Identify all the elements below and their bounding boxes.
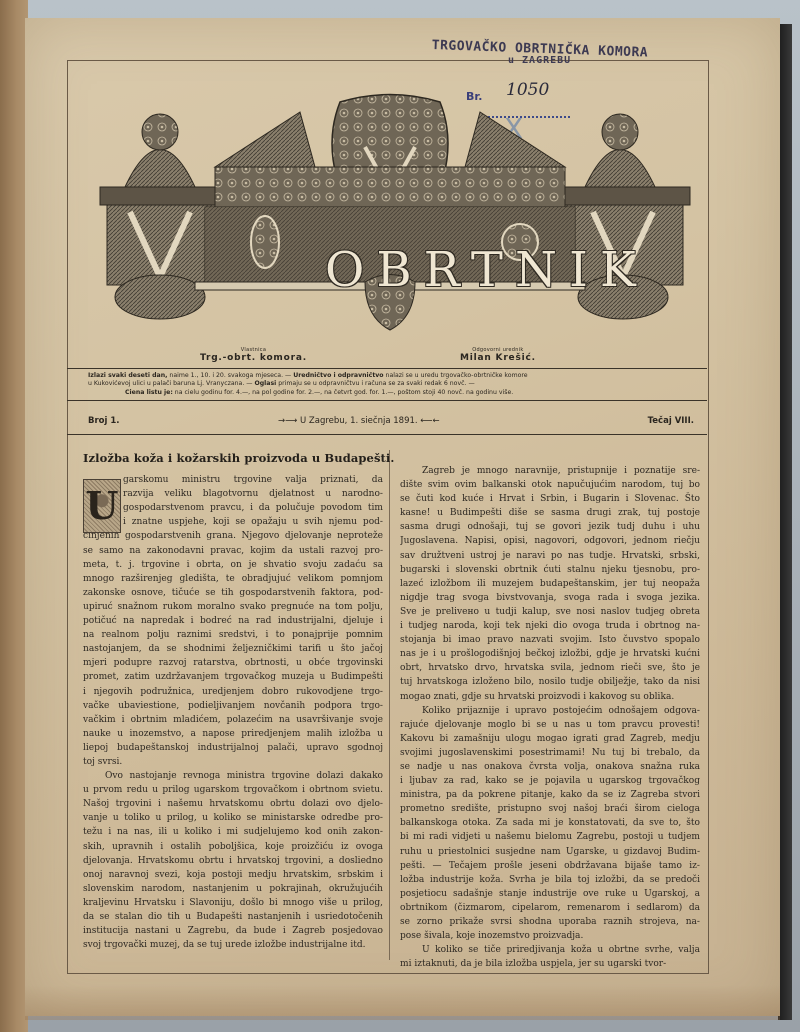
text-line: ministra, pa da pokrene pitanje, kako da… — [400, 788, 700, 802]
owner-credit: Vlastnica Trg.-obrt. komora. — [200, 347, 307, 363]
text-line: sav družtveni ustroj je naravi po nas tu… — [400, 549, 700, 563]
text-line: i tudjeg naroda, koji tek njeki dio ovog… — [400, 619, 700, 633]
text-line: Jugoslavena. Napisi, opisi, nagovori, od… — [400, 534, 700, 548]
newspaper-title: OBRTNIK — [325, 242, 648, 298]
issue-place-date: →⟶ U Zagrebu, 1. siečnja 1891. ⟵← — [278, 416, 440, 426]
text-line: institucija nastani u Zagrebu, da bude i… — [83, 924, 383, 938]
publication-info: Izlazi svaki deseti dan, naime 1., 10. i… — [88, 372, 693, 397]
text-line: toj svrsi. — [83, 755, 383, 769]
text-line: pešti. — Tečajem prošle jeseni obdržavan… — [400, 859, 700, 873]
info-schedule: naime 1., 10. i 20. svakoga mjeseca. — — [167, 372, 293, 379]
text-line: vačke ubaviestione, podieljivanjem novča… — [83, 699, 383, 713]
text-line: u prvom redu u prilog ugarskom trgovačko… — [83, 783, 383, 797]
text-line: kasne! u Budimpešti diše se sasma drugi … — [400, 506, 700, 520]
rule-below-info — [67, 400, 707, 401]
info-price: na cielu godinu for. 4.—, na pol godine … — [173, 389, 513, 396]
text-line: mnogo razširenjeg gledišta, te obradjuju… — [83, 572, 383, 586]
text-line: liepoj budapeštanskoj industrijalnoj pal… — [83, 741, 383, 755]
text-line: stojanja bi imao pravo nazvati svojim. I… — [400, 633, 700, 647]
text-line: gospodarstvenom pravcu, i da polučuje po… — [83, 501, 383, 515]
text-line: vanje u toliko u prilog, u koliko se min… — [83, 811, 383, 825]
text-line: vačkim i obrtnim mladićem, polazećim na … — [83, 713, 383, 727]
book-cover-edge — [778, 24, 792, 1020]
text-line: djelovanja. Hrvatskomu obrtu i hrvatskoj… — [83, 854, 383, 868]
text-line: kraljevinu Hrvatsku i Slavoniju, došlo b… — [83, 896, 383, 910]
text-line: potičuć na napredak i bodreć na rad indu… — [83, 614, 383, 628]
info-office: nalazi se u uredu trgovačko-obrtničke ko… — [384, 372, 528, 379]
text-line: balkanskoga otoka. Za sada mi je konstat… — [400, 816, 700, 830]
text-line: promet, zatim uzdržavanjem trgovačkog mu… — [83, 670, 383, 684]
info-ads: primaju se u odpravničtvu i računa se za… — [276, 380, 474, 387]
text-line: meta, t. j. trgovine i obrta, on je shva… — [83, 558, 383, 572]
text-line: težu i na nas, ili u koliko i mi sudjelu… — [83, 825, 383, 839]
text-line: činjenih gospodarstvenih grana. Njegovo … — [83, 529, 383, 543]
rule-above-info — [67, 368, 707, 369]
text-line: i ljubav za rad, kako se je pojavila u u… — [400, 774, 700, 788]
text-line: Ovo nastojanje revnoga ministra trgovine… — [83, 769, 383, 783]
issue-number: Broj 1. — [88, 416, 120, 426]
info-line-3: Ciena listu je: na cielu godinu for. 4.—… — [88, 389, 693, 397]
info-office-label: Uredničtvo i odpravničtvo — [293, 372, 383, 379]
text-line: nauke u inozemstvo, a napose priredjenje… — [83, 727, 383, 741]
text-line: mjeri podupre razvoj ratarstva, obrtnost… — [83, 656, 383, 670]
text-line: se zorno prikaže svrsi shodna uporaba ra… — [400, 915, 700, 929]
column-divider — [389, 450, 390, 960]
text-line: se nadje u nas onakova čvrsta volja, ona… — [400, 760, 700, 774]
text-line: prometno središte, pristupno svoj našoj … — [400, 802, 700, 816]
masthead-engraving: OBRTNIK — [85, 92, 695, 332]
text-line: na realnom polju raznimi sredstvi, i to … — [83, 628, 383, 642]
text-line: nastojanjem, da se shodnimi željezničkim… — [83, 642, 383, 656]
text-line: sasma drugi odnošaji, tuj se govori jezi… — [400, 520, 700, 534]
editor-credit: Odgovorni urednik Milan Krešić. — [460, 347, 536, 363]
text-line: se čuti kod kuće i Hrvat i Srbin, i Buga… — [400, 492, 700, 506]
issue-bar: Broj 1. →⟶ U Zagrebu, 1. siečnja 1891. ⟵… — [88, 416, 696, 430]
info-line-2: u Kukovićevoj ulici u palači baruna Lj. … — [88, 380, 693, 388]
text-line: Zagreb je mnogo naravnije, pristupnije i… — [400, 464, 700, 478]
text-line: obrtnikom (čizmarom, cipelarom, remenaro… — [400, 901, 700, 915]
text-line: mi iztaknuti, da je bila izložba uspjela… — [400, 957, 700, 971]
page-shadow — [25, 985, 780, 1020]
text-line: ložba industrije koža. Svrha je bila toj… — [400, 873, 700, 887]
book-spine-edge — [0, 0, 28, 1032]
text-line: ruhu u priestolnici susjedne nam Ugarske… — [400, 845, 700, 859]
text-line: slovenskim narodom, nastanjenim u pokraj… — [83, 882, 383, 896]
text-line: Sve je prelivено u tudji kalup, sve nosi… — [400, 605, 700, 619]
text-line: onoj naravnoj svezi, koja postoji medju … — [83, 868, 383, 882]
text-line: Našoj trgovini i našemu hrvatskomu obrtu… — [83, 797, 383, 811]
editor-name: Milan Krešić. — [460, 353, 536, 363]
text-line: nas je i u prošlogodišnjoj bečkoj izložb… — [400, 647, 700, 661]
text-line: bugarski i slovenski obrtnik ćuti stalnu… — [400, 563, 700, 577]
info-ads-label: Oglasi — [254, 380, 276, 387]
info-price-label: Ciena listu je: — [125, 389, 173, 396]
dropcap-initial: U — [83, 479, 121, 533]
text-line: nigdje trag svoga bivstvovanja, svoga ra… — [400, 591, 700, 605]
text-line: Kakovu bi zamašniju ulogu mogao igrati g… — [400, 732, 700, 746]
text-line: lazeć izložbom ili muzejem budapeštanski… — [400, 577, 700, 591]
text-line: rajuće djelovanje moglo bi se u nas u to… — [400, 718, 700, 732]
text-line: i njegovih podružnica, uredjenjem dobro … — [83, 685, 383, 699]
article-right-column: Zagreb je mnogo naravnije, pristupnije i… — [400, 464, 700, 971]
owner-name: Trg.-obrt. komora. — [200, 353, 307, 363]
text-line: zakonske osnove, tičuće se tih gospodars… — [83, 586, 383, 600]
text-line: bi mi radi vidjeti u našemu bielomu Zagr… — [400, 830, 700, 844]
text-line: U koliko se tiče priredjivanja koža u ob… — [400, 943, 700, 957]
text-line: skih, upravnih i ostalih poboljšica, koj… — [83, 840, 383, 854]
registry-stamp: TRGOVAČKO OBRTNIČKA KOMORA u ZAGREBU — [432, 38, 662, 66]
text-line: mogao znati, gdje su hrvatski proizvodi … — [400, 690, 700, 704]
info-schedule-label: Izlazi svaki deseti dan, — [88, 372, 167, 379]
article-left-column: Izložba koža i kožarskih proizvoda u Bud… — [83, 451, 383, 952]
text-line: razvija veliku blagotvornu djelatnost u … — [83, 487, 383, 501]
text-line: se samo na zakonodavni pravac, kojim da … — [83, 544, 383, 558]
rule-below-issue — [67, 434, 707, 435]
text-line: pose šivala, koje inozemstvo proizvadja. — [400, 929, 700, 943]
text-line: svojimi jugoslavenskimi posestrimami! Nu… — [400, 746, 700, 760]
text-line: tuj hrvatskoga izloženo bilo, nosilo tud… — [400, 675, 700, 689]
text-line: upiruć snažnom rukom moralno svako pregn… — [83, 600, 383, 614]
issue-volume: Tečaj VIII. — [648, 416, 694, 426]
text-line: garskomu ministru trgovine valja priznat… — [83, 473, 383, 487]
text-line: svoj trgovački muzej, da se tuj urede iz… — [83, 938, 383, 952]
info-address: u Kukovićevoj ulici u palači baruna Lj. … — [88, 380, 254, 387]
text-line: Koliko prijaznije i upravo postojećim od… — [400, 704, 700, 718]
text-line: i znatne uspjehe, koji se opažaju u svih… — [83, 515, 383, 529]
text-line: obrt, hrvatsko drvo, hrvatska svila, jed… — [400, 661, 700, 675]
text-line: posjetiocu sadašnje stanje industrije ov… — [400, 887, 700, 901]
text-line: da se stalan dio tih u Budapešti nastanj… — [83, 910, 383, 924]
article-headline: Izložba koža i kožarskih proizvoda u Bud… — [83, 451, 383, 465]
text-line: dište svim ovim balkanski otok napučujuć… — [400, 478, 700, 492]
